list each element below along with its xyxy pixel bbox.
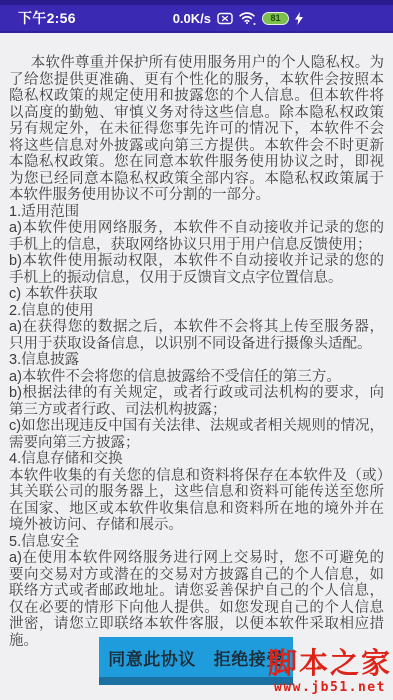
section-heading: 2.信息的使用	[9, 303, 384, 320]
policy-line: c) 本软件获取	[9, 286, 384, 303]
policy-line: a)本软件使用网络服务，本软件不自动接收并记录的您的手机上的信息，获取网络协议只…	[9, 220, 384, 253]
charging-bolt-icon	[295, 12, 303, 25]
watermark-url: www.jb51.net	[268, 681, 392, 694]
status-bar: 下午2:56 0.0K/s 81	[0, 0, 393, 33]
battery-level: 81	[270, 14, 280, 23]
agree-button[interactable]: 同意此协议	[108, 645, 196, 670]
policy-line: a)在获得您的数据之后，本软件不会将其上传至服务器，只用于获取设备信息，以识别不…	[9, 319, 384, 352]
wifi-icon	[239, 11, 256, 25]
status-right-cluster: 0.0K/s 81	[173, 11, 303, 26]
policy-line: c)如您出现违反中国有关法律、法规或者相关规则的情况，需要向第三方披露；	[9, 418, 384, 451]
consent-button-bar: 同意此协议 拒绝接受	[99, 637, 293, 685]
policy-intro: 本软件尊重并保护所有使用服务用户的个人隐私权。为了给您提供更准确、更有个性化的服…	[9, 55, 384, 204]
status-time: 下午2:56	[18, 8, 76, 28]
no-sim-icon	[217, 12, 233, 25]
section-heading: 4.信息存储和交换	[9, 451, 384, 468]
policy-line: a)本软件不会将您的信息披露给不受信任的第三方。	[9, 369, 384, 386]
app-screen: 下午2:56 0.0K/s 81	[0, 0, 393, 700]
watermark-title: 脚本之家	[268, 649, 392, 678]
policy-line: b)本软件使用振动权限，本软件不自动接收并记录的您的手机上的振动信息，仅用于反馈…	[9, 253, 384, 286]
section-heading: 1.适用范围	[9, 204, 384, 221]
watermark: 脚本之家 www.jb51.net	[268, 649, 392, 694]
section-heading: 5.信息安全	[9, 534, 384, 551]
network-speed: 0.0K/s	[173, 11, 211, 26]
policy-line: a)在使用本软件网络服务进行网上交易时，您不可避免的要向交易对方或潜在的交易对方…	[9, 550, 384, 649]
battery-icon: 81	[262, 12, 289, 25]
section-heading: 3.信息披露	[9, 352, 384, 369]
policy-line: b)根据法律的有关规定，或者行政或司法机构的要求，向第三方或者行政、司法机构披露…	[9, 385, 384, 418]
privacy-policy-text[interactable]: 本软件尊重并保护所有使用服务用户的个人隐私权。为了给您提供更准确、更有个性化的服…	[0, 33, 393, 649]
policy-line: 本软件收集的有关您的信息和资料将保存在本软件及（或）其关联公司的服务器上，这些信…	[9, 468, 384, 534]
